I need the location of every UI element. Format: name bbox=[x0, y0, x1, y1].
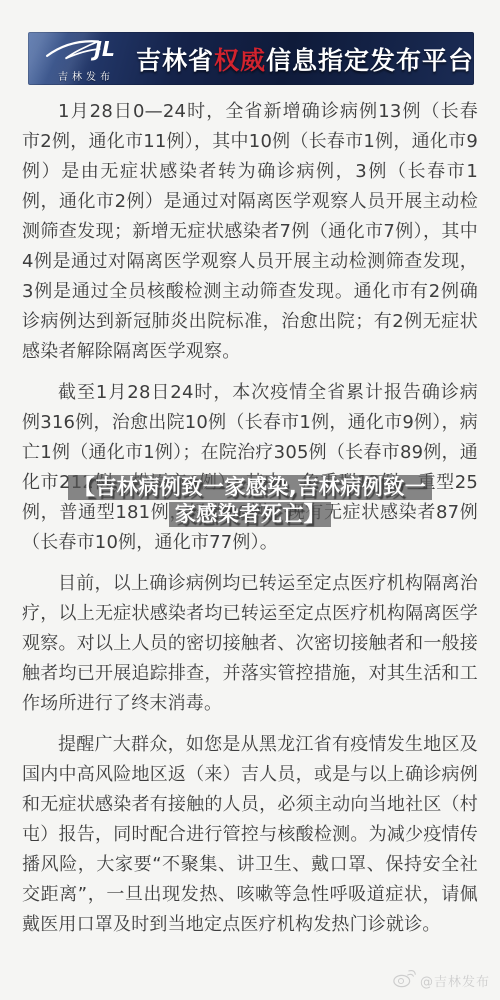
overlay-caption: 【吉林病例致一家感染,吉林病例致一 家感染者死亡】 bbox=[0, 475, 500, 529]
watermark-handle: @吉林发布 bbox=[420, 971, 490, 990]
weibo-watermark: @吉林发布 bbox=[392, 968, 490, 992]
banner-title-post: 信息指定发布平台 bbox=[266, 46, 474, 75]
overlay-caption-line: 家感染者死亡】 bbox=[169, 502, 332, 527]
svg-text:JL: JL bbox=[90, 36, 115, 60]
paragraph-containment-measures: 目前，以上确诊病例均已转运至定点医疗机构隔离治疗，以上无症状感染者均已转运至定点… bbox=[22, 569, 478, 719]
weibo-icon bbox=[392, 968, 416, 992]
jilin-release-logo: JL 吉林发布 bbox=[42, 35, 130, 83]
banner-title-pre: 吉林省 bbox=[136, 46, 214, 75]
jl-swoosh-icon: JL bbox=[45, 35, 127, 67]
paragraph-public-reminder: 提醒广大群众，如您是从黑龙江省有疫情发生地区及国内中高风险地区返（来）吉人员，或… bbox=[22, 730, 478, 940]
paragraph-daily-update: 1月28日0—24时，全省新增确诊病例13例（长春市2例，通化市11例），其中1… bbox=[22, 97, 478, 367]
header-banner: JL 吉林发布 吉林省权威信息指定发布平台 bbox=[28, 32, 474, 85]
logo-caption: 吉林发布 bbox=[58, 68, 114, 83]
banner-title-highlight: 权威 bbox=[214, 46, 266, 75]
overlay-caption-line: 【吉林病例致一家感染,吉林病例致一 bbox=[68, 475, 432, 500]
banner-title: 吉林省权威信息指定发布平台 bbox=[136, 41, 474, 77]
paragraph-cumulative-stats: 截至1月28日24时，本次疫情全省累计报告确诊病例316例，治愈出院10例（长春… bbox=[22, 378, 478, 558]
